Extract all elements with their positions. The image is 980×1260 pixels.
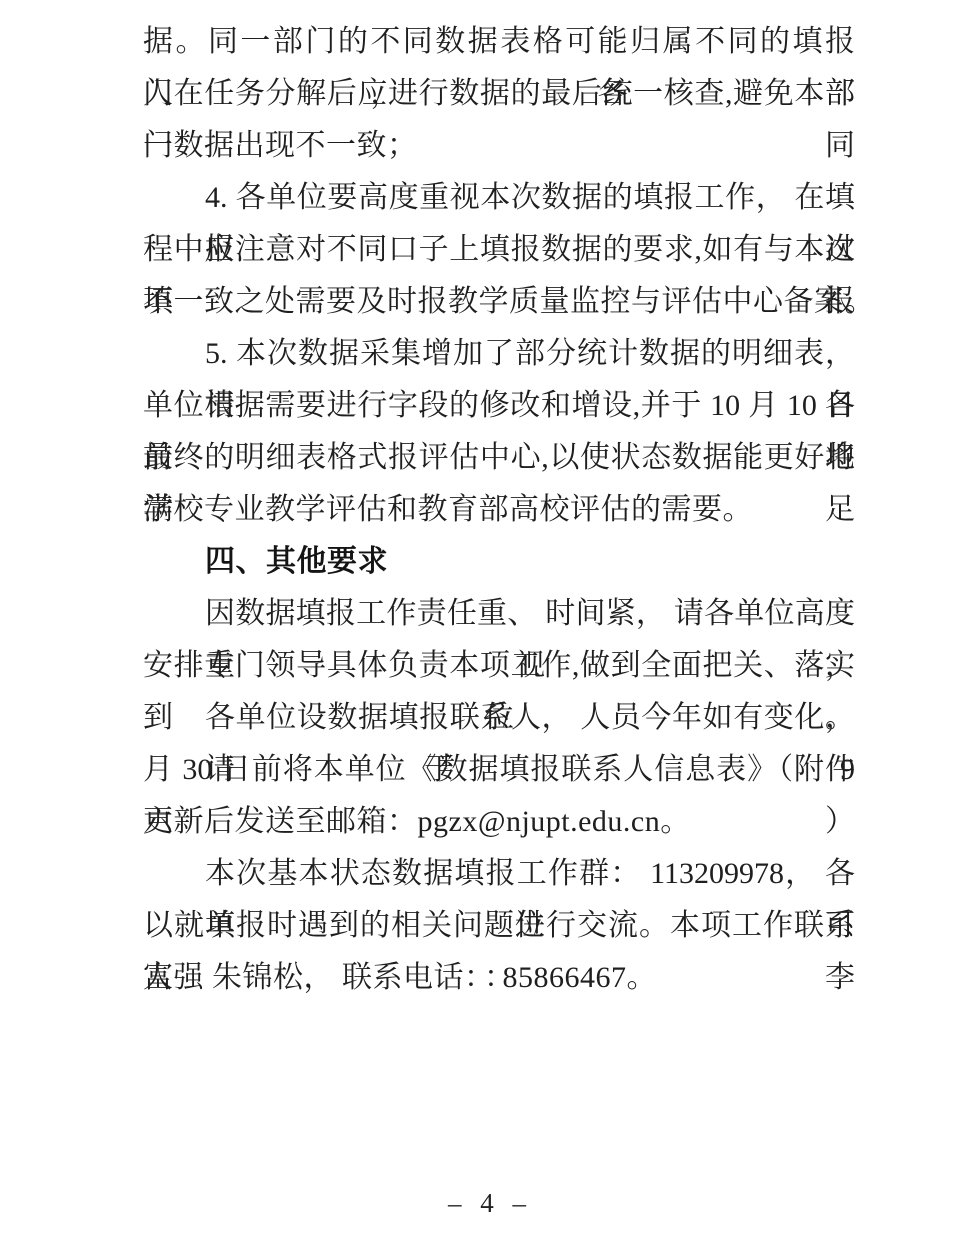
document-body: 据。同一部门的不同数据表格可能归属不同的填报人，各部门在任务分解后应进行数据的最… [143,16,855,1004]
page-number: – 4 – [0,1186,980,1220]
text-line: 本次基本状态数据填报工作群： 113209978， 各单位可 [143,848,855,900]
document-page: 据。同一部门的不同数据表格可能归属不同的填报人，各部门在任务分解后应进行数据的最… [0,0,980,1260]
text-line: 月 30 日前将本单位《数据填报联系人信息表》（附件六） [143,744,855,796]
text-line: 最终的明细表格式报评估中心,以使状态数据能更好地满足 [143,432,855,484]
text-line: 单位根据需要进行字段的修改和增设,并于 10 月 10 日前将 [143,380,855,432]
text-line: 安排专门领导具体负责本项工作,做到全面把关、落实到位。 [143,640,855,692]
text-line: 5. 本次数据采集增加了部分统计数据的明细表， 请各 [143,328,855,380]
text-line: 程中应注意对不同口子上填报数据的要求,如有与本次填报 [143,224,855,276]
text-line: 以就填报时遇到的相关问题进行交流。本项工作联系人：李 [143,900,855,952]
text-line: 因数据填报工作责任重、 时间紧， 请各单位高度重视， [143,588,855,640]
text-line: 各单位设数据填报联系人， 人员今年如有变化， 请于 9 [143,692,855,744]
text-line: 4. 各单位要高度重视本次数据的填报工作， 在填报过 [143,172,855,224]
text-line: 学校专业教学评估和教育部高校评估的需要。 [143,484,855,536]
section-heading: 四、其他要求 [143,536,855,588]
text-line: 据。同一部门的不同数据表格可能归属不同的填报人，各部 [143,16,855,68]
text-line: 不一致之处需要及时报教学质量监控与评估中心备案。 [143,276,855,328]
text-line: 门在任务分解后应进行数据的最后统一核查,避免本部门同 [143,68,855,120]
